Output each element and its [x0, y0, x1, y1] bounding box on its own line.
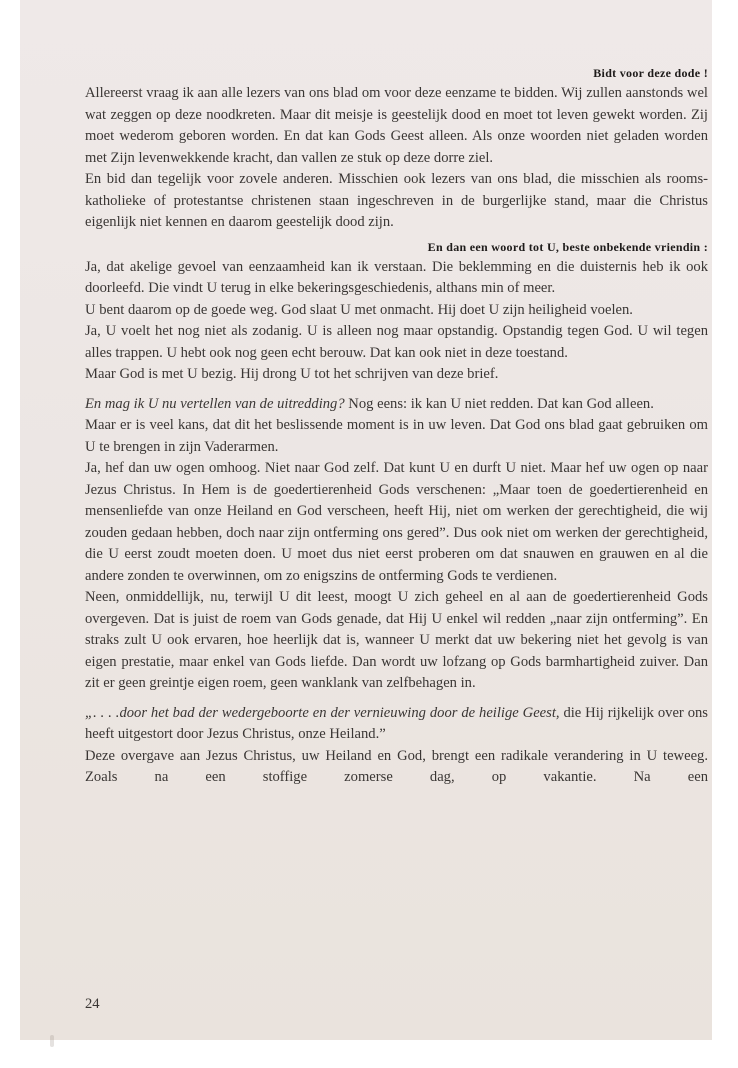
- paragraph: Neen, onmiddellijk, nu, terwijl U dit le…: [85, 587, 708, 695]
- paragraph-quote: „. . . .door het bad der wedergeboorte e…: [85, 703, 708, 746]
- italic-quote: „. . . .door het bad der wedergeboorte e…: [85, 705, 560, 721]
- italic-lead: En mag ik U nu vertellen van de uitreddi…: [85, 396, 345, 412]
- paragraph: Maar er is veel kans, dat dit het beslis…: [85, 415, 708, 458]
- lead-rest: Nog eens: ik kan U niet redden. Dat kan …: [345, 396, 654, 412]
- paragraph: Deze overgave aan Jezus Christus, uw Hei…: [85, 746, 708, 789]
- paragraph: En bid dan tegelijk voor zovele anderen.…: [85, 169, 708, 234]
- paragraph: U bent daarom op de goede weg. God slaat…: [85, 300, 708, 322]
- paragraph: Ja, dat akelige gevoel van eenzaamheid k…: [85, 257, 708, 300]
- page-body: Bidt voor deze dode ! Allereerst vraag i…: [85, 63, 708, 789]
- paragraph-gap: [85, 386, 708, 394]
- paragraph-gap: [85, 695, 708, 703]
- paragraph: Maar God is met U bezig. Hij drong U tot…: [85, 364, 708, 386]
- section-heading-friend: En dan een woord tot U, beste onbekende …: [85, 237, 708, 257]
- paragraph: Allereerst vraag ik aan alle lezers van …: [85, 83, 708, 169]
- paper-smudge: [50, 1035, 54, 1047]
- page-number: 24: [85, 996, 100, 1013]
- paragraph: Ja, hef dan uw ogen omhoog. Niet naar Go…: [85, 458, 708, 587]
- paragraph: Ja, U voelt het nog niet als zodanig. U …: [85, 321, 708, 364]
- section-heading-pray: Bidt voor deze dode !: [85, 63, 708, 83]
- paragraph-deliverance: En mag ik U nu vertellen van de uitreddi…: [85, 394, 708, 416]
